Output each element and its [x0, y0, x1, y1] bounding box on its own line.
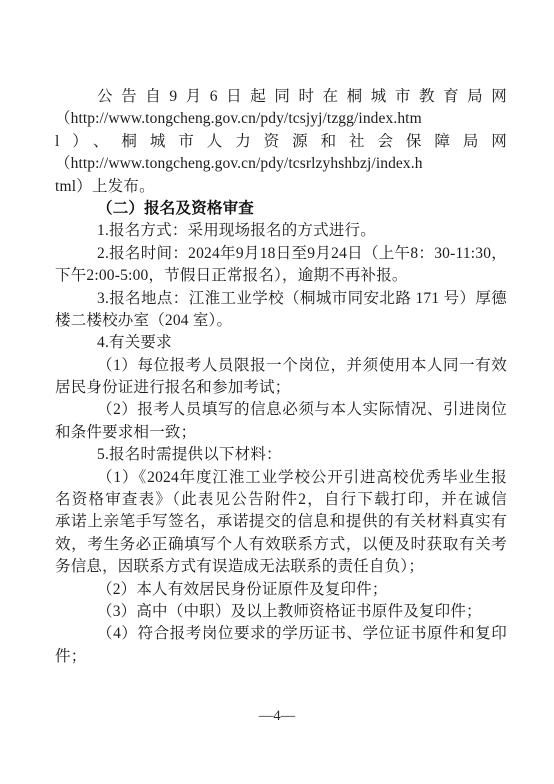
text-line: 效，考生务必正确填写个人有效联系方式，以便及时获取有关考	[55, 534, 507, 556]
text-line: （3）高中（中职）及以上教师资格证书原件及复印件；	[55, 601, 507, 623]
text-line: （1）《2024年度江淮工业学校公开引进高校优秀毕业生报	[55, 467, 507, 489]
text-line: 2.报名时间：2024年9月18日至9月24日（上午8：30-11:30，	[55, 243, 507, 265]
text-line: （4）符合报考岗位要求的学历证书、学位证书原件和复印	[55, 623, 507, 645]
text-line: 名资格审查表》（此表见公告附件2，自行下载打印，并在诚信	[55, 489, 507, 511]
text-line: 居民身份证进行报名和参加考试；	[55, 377, 507, 399]
text-line: 件；	[55, 646, 507, 668]
text-line: （http://www.tongcheng.gov.cn/pdy/tcsrlzy…	[55, 153, 507, 175]
page-number: —4—	[259, 708, 295, 724]
text-line: 5.报名时需提供以下材料：	[55, 444, 507, 466]
text-line: 公告自9月6日起同时在桐城市教育局网	[55, 86, 507, 108]
text-line: （2）本人有效居民身份证原件及复印件；	[55, 579, 507, 601]
text-line: 楼二楼校办室（204 室）。	[55, 310, 507, 332]
text-line: 务信息，因联系方式有误造成无法联系的责任自负）；	[55, 556, 507, 578]
document-page: 公告自9月6日起同时在桐城市教育局网（http://www.tongcheng.…	[0, 0, 554, 784]
text-line: 下午2:00-5:00，节假日正常报名），逾期不再补报。	[55, 265, 507, 287]
text-line: l）、桐城市人力资源和社会保障局网	[55, 131, 507, 153]
text-line: （1）每位报考人员限报一个岗位，并须使用本人同一有效	[55, 355, 507, 377]
section-heading: （二）报名及资格审查	[55, 198, 507, 220]
text-line: （http://www.tongcheng.gov.cn/pdy/tcsjyj/…	[55, 108, 507, 130]
page-footer: —4—	[0, 706, 554, 726]
text-line: tml）上发布。	[55, 176, 507, 198]
text-line: 3.报名地点：江淮工业学校（桐城市同安北路 171 号）厚德	[55, 288, 507, 310]
document-body: 公告自9月6日起同时在桐城市教育局网（http://www.tongcheng.…	[55, 86, 507, 668]
text-line: 4.有关要求	[55, 332, 507, 354]
text-line: 承诺上亲笔手写签名，承诺提交的信息和提供的有关材料真实有	[55, 511, 507, 533]
text-line: （2）报考人员填写的信息必须与本人实际情况、引进岗位	[55, 399, 507, 421]
text-line: 和条件要求相一致；	[55, 422, 507, 444]
text-line: 1.报名方式：采用现场报名的方式进行。	[55, 220, 507, 242]
